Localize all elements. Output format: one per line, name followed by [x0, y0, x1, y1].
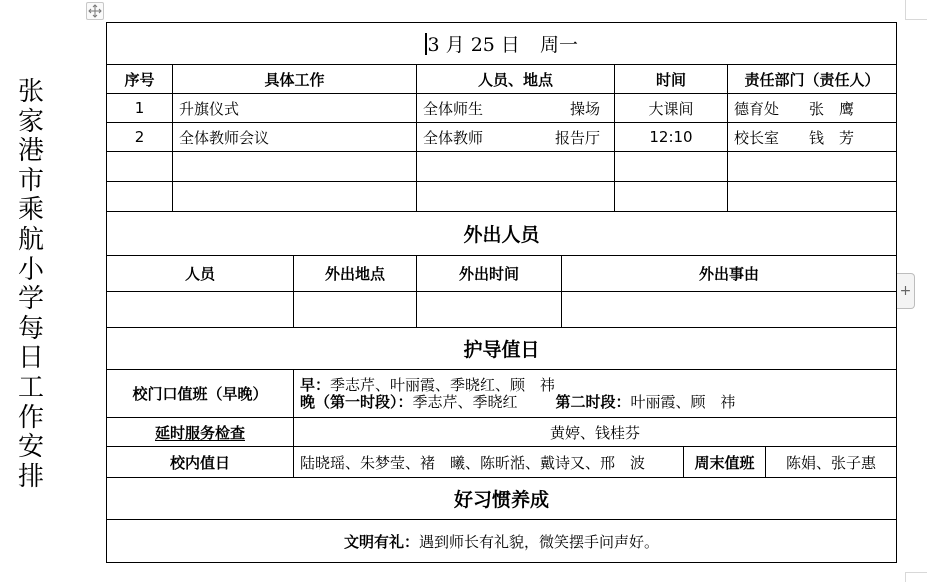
gate-duty-row: 校门口值班（早晚） 早：季志芹、叶丽霞、季晓红、顾 祎 晚（第一时段）：季志芹、…: [106, 370, 897, 418]
morning-line: 早：季志芹、叶丽霞、季晓红、顾 祎: [300, 377, 555, 394]
people-text: 全体教师: [423, 127, 483, 148]
habit-text: 遇到师长有礼貌，微笑摆手问声好。: [419, 531, 659, 552]
header-outing-place: 外出地点: [294, 256, 417, 291]
cell-people-place[interactable]: [417, 182, 615, 211]
habit-section-title: 好习惯养成: [107, 478, 896, 519]
cell-task[interactable]: 升旗仪式: [173, 94, 417, 122]
header-no: 序号: [107, 65, 173, 93]
outing-title-row: 外出人员: [106, 212, 897, 256]
cell-outing-time[interactable]: [417, 292, 562, 327]
date-header-cell[interactable]: 3 月 25 日 周一: [107, 23, 896, 64]
side-title-char: 家: [14, 108, 48, 138]
duty-title-row: 护导值日: [106, 328, 897, 370]
owner-text: 张 鹰: [809, 98, 854, 119]
habit-label: 文明有礼：: [344, 531, 419, 552]
cell-people-place[interactable]: 全体师生 操场: [417, 94, 615, 122]
side-title-char: 小: [14, 256, 48, 286]
move-arrows-icon: [88, 4, 102, 18]
cell-time[interactable]: 12:10: [615, 123, 728, 151]
cell-task[interactable]: 全体教师会议: [173, 123, 417, 151]
place-text: 操场: [570, 98, 600, 119]
evening2-label: 第二时段：: [556, 393, 631, 411]
habit-content[interactable]: 文明有礼：遇到师长有礼貌，微笑摆手问声好。: [107, 520, 896, 562]
header-outing-reason: 外出事由: [562, 256, 896, 291]
campus-duty-row: 校内值日 陆晓瑶、朱梦莹、褚 曦、陈昕湉、戴诗又、邢 波 周末值班 陈娟、张子惠: [106, 447, 897, 478]
cell-people-place[interactable]: 全体教师 报告厅: [417, 123, 615, 151]
evening-line: 晚（第一时段）：季志芹、季晓红第二时段：叶丽霞、顾 祎: [300, 394, 736, 411]
cell-dept[interactable]: [728, 182, 896, 211]
after-school-names[interactable]: 黄婷、钱桂芬: [294, 418, 896, 446]
cell-outing-reason[interactable]: [562, 292, 896, 327]
campus-duty-names[interactable]: 陆晓瑶、朱梦莹、褚 曦、陈昕湉、戴诗又、邢 波: [294, 447, 684, 477]
side-title-char: 工: [14, 374, 48, 404]
habit-title-row: 好习惯养成: [106, 478, 897, 520]
morning-names: 季志芹、叶丽霞、季晓红、顾 祎: [330, 376, 555, 394]
cell-task[interactable]: [173, 182, 417, 211]
cell-time[interactable]: 大课间: [615, 94, 728, 122]
text-cursor: [425, 33, 427, 55]
people-text: 全体师生: [423, 98, 483, 119]
cell-task[interactable]: [173, 152, 417, 181]
campus-duty-label: 校内值日: [107, 447, 294, 477]
table-row: 1 升旗仪式 全体师生 操场 大课间 德育处 张 鹰: [106, 94, 897, 123]
dept-text: 校长室: [734, 127, 779, 148]
side-title-char: 张: [14, 78, 48, 108]
cell-no[interactable]: 1: [107, 94, 173, 122]
gate-duty-label: 校门口值班（早晚）: [107, 370, 294, 417]
cell-dept[interactable]: 德育处 张 鹰: [728, 94, 896, 122]
cell-no[interactable]: [107, 152, 173, 181]
header-dept: 责任部门（责任人）: [728, 65, 896, 93]
work-header-row: 序号 具体工作 人员、地点 时间 责任部门（责任人）: [106, 65, 897, 94]
page-corner-marker: [905, 0, 927, 20]
side-title-char: 港: [14, 137, 48, 167]
duty-section-title: 护导值日: [107, 328, 896, 369]
side-title-char: 日: [14, 344, 48, 374]
owner-text: 钱 芳: [809, 127, 854, 148]
table-move-handle[interactable]: [86, 2, 104, 20]
cell-outing-place[interactable]: [294, 292, 417, 327]
dept-text: 德育处: [734, 98, 779, 119]
side-title-char: 排: [14, 463, 48, 493]
date-row: 3 月 25 日 周一: [106, 22, 897, 65]
evening1-label: 晚（第一时段）：: [300, 393, 413, 411]
side-title-char: 作: [14, 404, 48, 434]
after-school-label-text: 延时服务检查: [155, 422, 245, 443]
evening2-names: 叶丽霞、顾 祎: [631, 393, 736, 411]
cell-time[interactable]: [615, 182, 728, 211]
after-school-row: 延时服务检查 黄婷、钱桂芬: [106, 418, 897, 447]
place-text: 报告厅: [555, 127, 600, 148]
table-row: [106, 152, 897, 182]
document-side-title: 张 家 港 市 乘 航 小 学 每 日 工 作 安 排: [14, 78, 48, 492]
side-title-char: 市: [14, 167, 48, 197]
outing-section-title: 外出人员: [107, 212, 896, 255]
date-text: 3 月 25 日: [428, 30, 520, 57]
habit-content-row: 文明有礼：遇到师长有礼貌，微笑摆手问声好。: [106, 520, 897, 563]
cell-no[interactable]: [107, 182, 173, 211]
evening1-names: 季志芹、季晓红: [413, 393, 518, 411]
morning-label: 早：: [300, 376, 330, 394]
header-outing-time: 外出时间: [417, 256, 562, 291]
daily-schedule-table: 3 月 25 日 周一 序号 具体工作 人员、地点 时间 责任部门（责任人） 1…: [106, 22, 897, 563]
outing-header-row: 人员 外出地点 外出时间 外出事由: [106, 256, 897, 292]
table-row: 2 全体教师会议 全体教师 报告厅 12:10 校长室 钱 芳: [106, 123, 897, 152]
gate-duty-names[interactable]: 早：季志芹、叶丽霞、季晓红、顾 祎 晚（第一时段）：季志芹、季晓红第二时段：叶丽…: [294, 370, 896, 417]
header-time: 时间: [615, 65, 728, 93]
cell-time[interactable]: [615, 152, 728, 181]
weekend-duty-label: 周末值班: [684, 447, 766, 477]
cell-dept[interactable]: [728, 152, 896, 181]
weekday-text: 周一: [540, 30, 578, 57]
side-title-char: 航: [14, 226, 48, 256]
table-row: [106, 292, 897, 328]
after-school-label: 延时服务检查: [107, 418, 294, 446]
side-title-char: 学: [14, 285, 48, 315]
header-task: 具体工作: [173, 65, 417, 93]
cell-dept[interactable]: 校长室 钱 芳: [728, 123, 896, 151]
cell-people-place[interactable]: [417, 152, 615, 181]
add-column-button[interactable]: +: [897, 273, 915, 309]
weekend-duty-names[interactable]: 陈娟、张子惠: [766, 447, 896, 477]
plus-icon: +: [900, 283, 912, 299]
page-corner-marker: [905, 572, 927, 582]
side-title-char: 乘: [14, 196, 48, 226]
cell-outing-person[interactable]: [107, 292, 294, 327]
cell-no[interactable]: 2: [107, 123, 173, 151]
side-title-char: 每: [14, 315, 48, 345]
side-title-char: 安: [14, 433, 48, 463]
header-outing-person: 人员: [107, 256, 294, 291]
table-row: [106, 182, 897, 212]
header-people-place: 人员、地点: [417, 65, 615, 93]
